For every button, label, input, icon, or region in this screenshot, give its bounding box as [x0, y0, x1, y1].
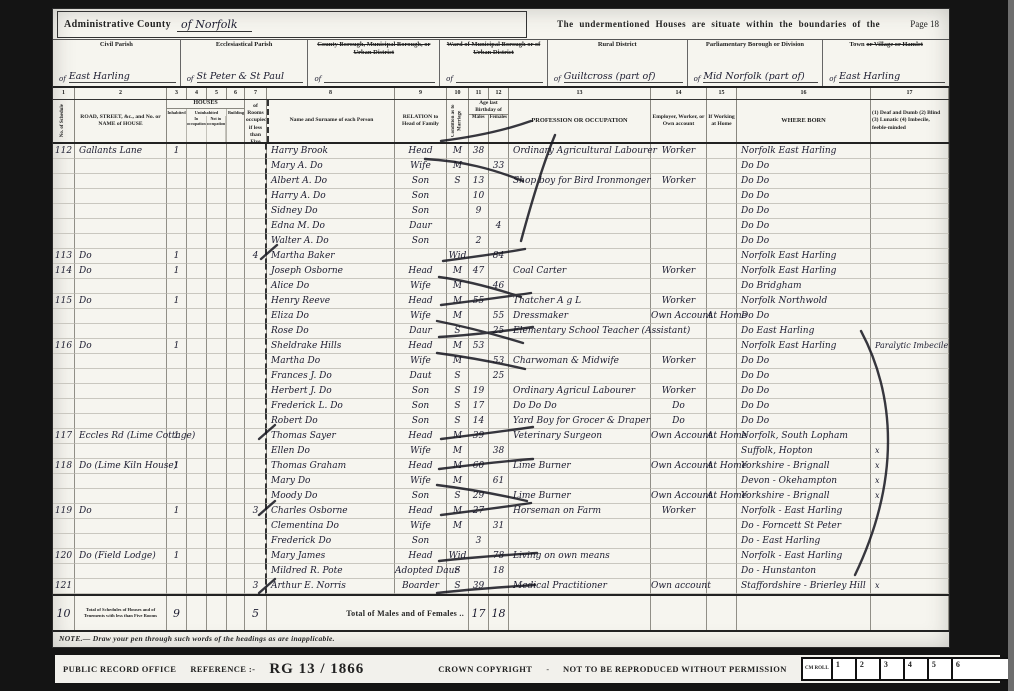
- cell-schedule-number: [53, 324, 75, 339]
- header-houses-title: HOUSES: [167, 100, 244, 109]
- cell-rooms: [245, 234, 267, 249]
- public-record-office-label: PUBLIC RECORD OFFICE: [63, 664, 176, 674]
- cell-condition: S: [447, 414, 469, 429]
- cell-name: Sheldrake Hills: [265, 339, 395, 354]
- cell-infirmity: [871, 534, 949, 549]
- cell-address: Do: [75, 504, 167, 519]
- cell-employment: [651, 324, 707, 339]
- cell-building: [227, 549, 245, 564]
- cell-employment: Do: [651, 399, 707, 414]
- cell-working-at-home: [707, 549, 737, 564]
- cell-employment: Own account: [651, 579, 707, 594]
- cell-employment: Own Account: [651, 429, 707, 444]
- cell-age-male: 9: [469, 204, 489, 219]
- cell-age-male: [469, 369, 489, 384]
- cell-building: [227, 429, 245, 444]
- cell-employment: Do: [651, 414, 707, 429]
- table-row: 116Do1Sheldrake HillsHeadM53Norfolk East…: [53, 339, 949, 354]
- cell-condition: Wid: [447, 249, 469, 264]
- cell-age-female: [489, 459, 509, 474]
- table-row: Harry A. DoSon10Do Do: [53, 189, 949, 204]
- cell-condition: S: [447, 324, 469, 339]
- cell-condition: M: [447, 519, 469, 534]
- cell-schedule-number: [53, 174, 75, 189]
- cell-inhabited: [167, 564, 187, 579]
- cell-relation: Wife: [395, 444, 447, 459]
- column-number: 17: [871, 88, 949, 99]
- cell-uninhabited-not-occupation: [207, 234, 227, 249]
- cell-age-male: 39: [469, 579, 489, 594]
- table-header-row: No. of Schedule ROAD, STREET, &c., and N…: [53, 100, 949, 144]
- cell-address: Do: [75, 264, 167, 279]
- column-number: 8: [267, 88, 395, 99]
- district-value: Mid Norfolk (part of): [703, 72, 818, 83]
- cell-rooms: [245, 324, 267, 339]
- cell-where-born: Devon - Okehampton: [737, 474, 871, 489]
- cell-uninhabited-in-occupation: [187, 234, 207, 249]
- cell-address: [75, 219, 167, 234]
- cell-relation: Son: [395, 414, 447, 429]
- cell-infirmity: [871, 189, 949, 204]
- cell-inhabited: [167, 474, 187, 489]
- cell-condition: S: [447, 369, 469, 384]
- cell-infirmity: x: [871, 489, 949, 504]
- cell-infirmity: [871, 324, 949, 339]
- cell-condition: M: [447, 279, 469, 294]
- header-in-occupation: In occupation: [187, 116, 207, 142]
- cell-uninhabited-in-occupation: [187, 459, 207, 474]
- district-section: Rural District ofGuiltcross (part of): [548, 40, 688, 86]
- cell-age-female: 55: [489, 309, 509, 324]
- cell-uninhabited-not-occupation: [207, 354, 227, 369]
- cell-schedule-number: 113: [53, 249, 75, 264]
- cell-building: [227, 474, 245, 489]
- cell-address: [75, 399, 167, 414]
- table-row: 113Do14Martha BakerWid84Norfolk East Har…: [53, 249, 949, 264]
- district-section: Town or Village or HamletofEast Harling: [823, 40, 949, 86]
- cell-employment: [651, 204, 707, 219]
- cell-employment: Own Account: [651, 309, 707, 324]
- cell-uninhabited-in-occupation: [187, 414, 207, 429]
- cell-condition: S: [447, 579, 469, 594]
- cell-infirmity: [871, 369, 949, 384]
- cell-where-born: Yorkshire - Brignall: [737, 459, 871, 474]
- cell-building: [227, 249, 245, 264]
- cell-working-at-home: [707, 474, 737, 489]
- cell-age-male: 19: [469, 384, 489, 399]
- cell-occupation: Charwoman & Midwife: [509, 354, 651, 369]
- cell-schedule-number: 112: [53, 144, 75, 159]
- cell-building: [227, 414, 245, 429]
- table-row: Robert DoSonS14Yard Boy for Grocer & Dra…: [53, 414, 949, 429]
- cell-working-at-home: At Home: [707, 309, 737, 324]
- cell-inhabited: [167, 354, 187, 369]
- cell-employment: [651, 444, 707, 459]
- cell-name: Mary A. Do: [265, 159, 395, 174]
- cell-infirmity: [871, 564, 949, 579]
- cell-rooms: 3: [245, 579, 267, 594]
- cell-building: [227, 189, 245, 204]
- cell-occupation: Shop boy for Bird Ironmonger: [509, 174, 651, 189]
- cell-name: Albert A. Do: [265, 174, 395, 189]
- cell-condition: M: [447, 474, 469, 489]
- cell-inhabited: [167, 174, 187, 189]
- cell-age-female: [489, 414, 509, 429]
- table-row: Rose DoDaurS25Elementary School Teacher …: [53, 324, 949, 339]
- cell-building: [227, 519, 245, 534]
- district-value: East Harling: [839, 72, 945, 83]
- cell-name: Herbert J. Do: [265, 384, 395, 399]
- cell-relation: Adopted Daur: [395, 564, 447, 579]
- cell-address: Do (Lime Kiln House): [75, 459, 167, 474]
- microfilm-ruler: CM ROLL 123456: [801, 657, 1014, 681]
- cell-name: Rose Do: [265, 324, 395, 339]
- cell-occupation: Thatcher A g L: [509, 294, 651, 309]
- cell-relation: Son: [395, 189, 447, 204]
- cell-relation: Head: [395, 264, 447, 279]
- cell-address: [75, 369, 167, 384]
- column-number: 3: [167, 88, 187, 99]
- cell-employment: [651, 279, 707, 294]
- column-number: 1: [53, 88, 75, 99]
- cell-relation: Son: [395, 384, 447, 399]
- cell-age-male: 13: [469, 174, 489, 189]
- ruler-number: 2: [857, 659, 881, 679]
- cell-uninhabited-in-occupation: [187, 219, 207, 234]
- cell-age-male: [469, 159, 489, 174]
- cell-employment: [651, 474, 707, 489]
- cell-working-at-home: [707, 249, 737, 264]
- cell-name: Moody Do: [265, 489, 395, 504]
- cell-occupation: Medical Practitioner: [509, 579, 651, 594]
- cell-infirmity: [871, 279, 949, 294]
- district-label: Parliamentary Borough or Division: [690, 41, 821, 49]
- cell-address: Gallants Lane: [75, 144, 167, 159]
- cell-occupation: Horseman on Farm: [509, 504, 651, 519]
- cell-rooms: [245, 369, 267, 384]
- header-employer: Employer, Worker, or Own account: [651, 100, 707, 142]
- cell-occupation: [509, 339, 651, 354]
- total-rooms-value: 5: [245, 596, 267, 630]
- cell-schedule-number: [53, 564, 75, 579]
- cell-occupation: Veterinary Surgeon: [509, 429, 651, 444]
- cell-age-female: [489, 294, 509, 309]
- cell-uninhabited-not-occupation: [207, 384, 227, 399]
- cell-infirmity: [871, 384, 949, 399]
- cell-where-born: Do Do: [737, 369, 871, 384]
- cell-age-female: 33: [489, 159, 509, 174]
- table-row: Moody DoSonS29Lime BurnerOwn AccountAt H…: [53, 489, 949, 504]
- cell-infirmity: [871, 399, 949, 414]
- cell-infirmity: [871, 414, 949, 429]
- cell-inhabited: 1: [167, 459, 187, 474]
- cell-occupation: Lime Burner: [509, 489, 651, 504]
- cell-relation: Son: [395, 534, 447, 549]
- cell-relation: Son: [395, 174, 447, 189]
- cell-age-female: [489, 264, 509, 279]
- cell-rooms: [245, 144, 267, 159]
- cell-age-male: [469, 309, 489, 324]
- ruler-number: 6: [953, 659, 977, 679]
- cell-uninhabited-not-occupation: [207, 144, 227, 159]
- cell-working-at-home: [707, 264, 737, 279]
- cell-age-male: [469, 519, 489, 534]
- totals-row: 10 Total of Schedules of Houses and of T…: [53, 594, 949, 632]
- cell-rooms: [245, 399, 267, 414]
- cell-uninhabited-in-occupation: [187, 444, 207, 459]
- cell-age-female: [489, 399, 509, 414]
- cell-schedule-number: 119: [53, 504, 75, 519]
- table-row: Clementina DoWifeM31Do - Forncett St Pet…: [53, 519, 949, 534]
- cell-condition: [447, 234, 469, 249]
- cell-occupation: [509, 474, 651, 489]
- cell-employment: [651, 219, 707, 234]
- district-label: Civil Parish: [55, 41, 178, 49]
- cell-condition: M: [447, 459, 469, 474]
- cell-rooms: [245, 534, 267, 549]
- cell-infirmity: [871, 159, 949, 174]
- header-inhabited: Inhabited: [167, 109, 187, 142]
- cell-uninhabited-not-occupation: [207, 219, 227, 234]
- cell-infirmity: Paralytic Imbecile: [871, 339, 949, 354]
- cell-building: [227, 504, 245, 519]
- cell-occupation: Ordinary Agricultural Labourer: [509, 144, 651, 159]
- cell-age-female: 78: [489, 549, 509, 564]
- cell-inhabited: [167, 384, 187, 399]
- cell-rooms: [245, 414, 267, 429]
- cell-condition: [447, 189, 469, 204]
- ruler-label: CM ROLL: [803, 659, 833, 679]
- header-building: Building: [227, 109, 245, 142]
- cell-where-born: Norfolk East Harling: [737, 249, 871, 264]
- cell-relation: Head: [395, 459, 447, 474]
- cell-infirmity: [871, 144, 949, 159]
- cell-employment: Worker: [651, 354, 707, 369]
- cell-where-born: Do - Forncett St Peter: [737, 519, 871, 534]
- cell-relation: Son: [395, 399, 447, 414]
- cell-name: Thomas Sayer: [265, 429, 395, 444]
- cell-uninhabited-in-occupation: [187, 399, 207, 414]
- table-row: Mildred R. PoteAdopted DaurS18Do - Hunst…: [53, 564, 949, 579]
- cell-rooms: [245, 264, 267, 279]
- cell-where-born: Norfolk, South Lopham: [737, 429, 871, 444]
- cell-age-female: 61: [489, 474, 509, 489]
- cell-address: [75, 324, 167, 339]
- cell-relation: Wife: [395, 279, 447, 294]
- cell-age-male: 39: [469, 429, 489, 444]
- header-relation: RELATION to Head of Family: [395, 100, 447, 142]
- cell-where-born: Norfolk Northwold: [737, 294, 871, 309]
- district-value: [324, 82, 435, 83]
- cell-where-born: Norfolk East Harling: [737, 264, 871, 279]
- cell-working-at-home: [707, 294, 737, 309]
- cell-employment: Own Account: [651, 489, 707, 504]
- district-section: Parliamentary Borough or Division ofMid …: [688, 40, 824, 86]
- header-infirmity: (1) Deaf and Dumb (2) Blind (3) Lunatic …: [871, 100, 949, 142]
- cell-uninhabited-not-occupation: [207, 579, 227, 594]
- cell-infirmity: [871, 504, 949, 519]
- cell-uninhabited-in-occupation: [187, 279, 207, 294]
- reference-number: RG 13 / 1866: [269, 661, 364, 678]
- cell-relation: Head: [395, 549, 447, 564]
- cell-age-male: 17: [469, 399, 489, 414]
- cell-inhabited: 1: [167, 294, 187, 309]
- crown-copyright-label: CROWN COPYRIGHT: [438, 664, 532, 674]
- cell-schedule-number: 114: [53, 264, 75, 279]
- cell-uninhabited-in-occupation: [187, 204, 207, 219]
- cell-uninhabited-in-occupation: [187, 309, 207, 324]
- cell-condition: M: [447, 354, 469, 369]
- cell-rooms: [245, 159, 267, 174]
- administrative-county-value: of Norfolk: [177, 18, 252, 32]
- cell-schedule-number: [53, 219, 75, 234]
- column-number: 12: [489, 88, 509, 99]
- column-number: 5: [207, 88, 227, 99]
- cell-schedule-number: 120: [53, 549, 75, 564]
- cell-occupation: Living on own means: [509, 549, 651, 564]
- cell-inhabited: [167, 369, 187, 384]
- cell-infirmity: [871, 249, 949, 264]
- cell-building: [227, 264, 245, 279]
- cell-age-male: 3: [469, 534, 489, 549]
- cell-rooms: [245, 429, 267, 444]
- cell-address: [75, 579, 167, 594]
- cell-inhabited: 1: [167, 429, 187, 444]
- cell-occupation: [509, 369, 651, 384]
- cell-employment: Worker: [651, 264, 707, 279]
- cell-schedule-number: [53, 399, 75, 414]
- cell-name: Frederick L. Do: [265, 399, 395, 414]
- cell-working-at-home: [707, 384, 737, 399]
- cell-address: [75, 474, 167, 489]
- header-condition: Condition as to Marriage: [447, 100, 469, 142]
- cell-building: [227, 534, 245, 549]
- cell-uninhabited-in-occupation: [187, 354, 207, 369]
- cell-inhabited: 1: [167, 339, 187, 354]
- scanner-edge-strip: [1008, 0, 1014, 691]
- cell-rooms: [245, 489, 267, 504]
- cell-age-male: [469, 564, 489, 579]
- cell-rooms: [245, 444, 267, 459]
- cell-uninhabited-in-occupation: [187, 474, 207, 489]
- cell-inhabited: 1: [167, 249, 187, 264]
- cell-employment: [651, 369, 707, 384]
- cell-name: Joseph Osborne: [265, 264, 395, 279]
- cell-schedule-number: [53, 519, 75, 534]
- cell-relation: Head: [395, 504, 447, 519]
- cell-employment: Worker: [651, 294, 707, 309]
- cell-address: [75, 444, 167, 459]
- cell-uninhabited-not-occupation: [207, 159, 227, 174]
- table-row: 1213Arthur E. NorrisBoarderS39Medical Pr…: [53, 579, 949, 594]
- cell-name: Robert Do: [265, 414, 395, 429]
- header-at-home: If Working at Home: [707, 100, 737, 142]
- cell-where-born: Norfolk East Harling: [737, 144, 871, 159]
- cell-address: [75, 564, 167, 579]
- header-rooms: Number of Rooms occupied if less than Fi…: [245, 100, 267, 142]
- cell-schedule-number: [53, 309, 75, 324]
- cell-relation: Wife: [395, 309, 447, 324]
- cell-age-male: 60: [469, 459, 489, 474]
- cell-employment: Own Account: [651, 459, 707, 474]
- cell-name: Edna M. Do: [265, 219, 395, 234]
- administrative-county-label: Administrative County: [64, 19, 171, 30]
- table-row: Alice DoWifeM46Do Bridgham: [53, 279, 949, 294]
- cell-rooms: [245, 339, 267, 354]
- cell-working-at-home: [707, 279, 737, 294]
- cell-uninhabited-not-occupation: [207, 564, 227, 579]
- cell-occupation: Coal Carter: [509, 264, 651, 279]
- cell-where-born: Norfolk - East Harling: [737, 504, 871, 519]
- cell-age-male: [469, 444, 489, 459]
- cell-relation: Wife: [395, 159, 447, 174]
- cell-inhabited: 1: [167, 264, 187, 279]
- cell-age-female: 31: [489, 519, 509, 534]
- cell-working-at-home: [707, 504, 737, 519]
- cell-schedule-number: 121: [53, 579, 75, 594]
- cell-uninhabited-not-occupation: [207, 414, 227, 429]
- cell-address: Do: [75, 249, 167, 264]
- cell-where-born: Do Do: [737, 354, 871, 369]
- cell-inhabited: [167, 159, 187, 174]
- table-row: Mary A. DoWifeM33Do Do: [53, 159, 949, 174]
- cell-uninhabited-in-occupation: [187, 294, 207, 309]
- cell-condition: M: [447, 159, 469, 174]
- cell-employment: [651, 234, 707, 249]
- cell-age-female: [489, 504, 509, 519]
- cell-uninhabited-not-occupation: [207, 309, 227, 324]
- cell-name: Mary Do: [265, 474, 395, 489]
- cell-relation: Son: [395, 489, 447, 504]
- cell-uninhabited-not-occupation: [207, 429, 227, 444]
- cell-name: Harry Brook: [265, 144, 395, 159]
- header-age-group: Age last Birthday of Males Females: [469, 100, 509, 142]
- cell-condition: S: [447, 564, 469, 579]
- cell-uninhabited-in-occupation: [187, 174, 207, 189]
- district-section: Ward of Municipal Borough or of Urban Di…: [440, 40, 548, 86]
- cell-occupation: [509, 159, 651, 174]
- district-label: Town or Village or Hamlet: [825, 41, 947, 49]
- cell-age-male: [469, 354, 489, 369]
- cell-age-female: 25: [489, 369, 509, 384]
- cell-age-female: 18: [489, 564, 509, 579]
- cell-uninhabited-not-occupation: [207, 474, 227, 489]
- administrative-county-box: Administrative County of Norfolk: [57, 11, 527, 38]
- cell-infirmity: x: [871, 444, 949, 459]
- cell-rooms: [245, 294, 267, 309]
- cell-working-at-home: [707, 444, 737, 459]
- cell-schedule-number: [53, 414, 75, 429]
- restriction-label: NOT TO BE REPRODUCED WITHOUT PERMISSION: [563, 664, 787, 674]
- cell-relation: Wife: [395, 354, 447, 369]
- cell-occupation: Lime Burner: [509, 459, 651, 474]
- cell-rooms: [245, 459, 267, 474]
- cell-uninhabited-in-occupation: [187, 519, 207, 534]
- cell-name: Thomas Graham: [265, 459, 395, 474]
- cell-uninhabited-in-occupation: [187, 534, 207, 549]
- cell-rooms: [245, 474, 267, 489]
- cell-inhabited: [167, 234, 187, 249]
- cell-building: [227, 144, 245, 159]
- cell-infirmity: x: [871, 459, 949, 474]
- cell-inhabited: 1: [167, 504, 187, 519]
- cell-age-female: [489, 339, 509, 354]
- header-name: Name and Surname of each Person: [267, 100, 395, 142]
- cell-employment: [651, 519, 707, 534]
- cell-age-female: [489, 429, 509, 444]
- table-row: 114Do1Joseph OsborneHeadM47Coal CarterWo…: [53, 264, 949, 279]
- cell-where-born: Do Do: [737, 159, 871, 174]
